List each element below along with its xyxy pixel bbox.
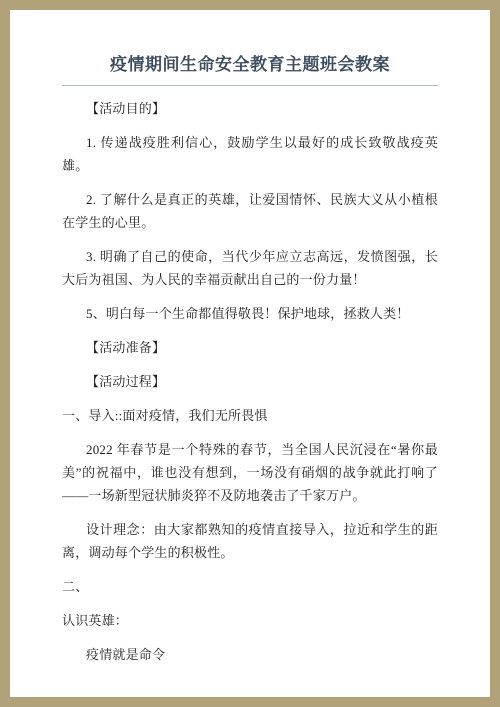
section-one-intro-heading: 一、导入::面对疫情，我们无所畏惧 (62, 404, 438, 427)
intro-paragraph: 2022 年春节是一个特殊的春节，当全国人民沉浸在“暑你最美”的祝福中，谁也没有… (62, 438, 438, 507)
section-header-activity-purpose: 【活动目的】 (62, 97, 438, 120)
document-body: 【活动目的】 1. 传递战疫胜利信心，鼓励学生以最好的成长致敬战疫英雄。 2. … (62, 86, 438, 666)
purpose-item-5: 5、明白每一个生命都值得敬畏！保护地球，拯救人类！ (62, 302, 438, 325)
section-header-activity-preparation: 【活动准备】 (62, 336, 438, 359)
design-concept-paragraph: 设计理念：由大家都熟知的疫情直接导入，拉近和学生的距离，调动每个学生的积极性。 (62, 518, 438, 564)
document-title: 疫情期间生命安全教育主题班会教案 (62, 54, 438, 76)
section-two-heading: 二、 (62, 575, 438, 598)
purpose-item-3: 3. 明确了自己的使命，当代少年应立志高远，发愤图强，长大后为祖国、为人民的幸福… (62, 245, 438, 291)
page-background: 疫情期间生命安全教育主题班会教案 【活动目的】 1. 传递战疫胜利信心，鼓励学生… (0, 0, 500, 707)
purpose-item-2: 2. 了解什么是真正的英雄，让爱国情怀、民族大义从小植根在学生的心里。 (62, 188, 438, 234)
know-heroes-heading: 认识英雄： (62, 609, 438, 632)
epidemic-is-order-line: 疫情就是命令 (62, 643, 438, 666)
purpose-item-1: 1. 传递战疫胜利信心，鼓励学生以最好的成长致敬战疫英雄。 (62, 131, 438, 177)
document-page: 疫情期间生命安全教育主题班会教案 【活动目的】 1. 传递战疫胜利信心，鼓励学生… (10, 10, 490, 697)
section-header-activity-process: 【活动过程】 (62, 370, 438, 393)
